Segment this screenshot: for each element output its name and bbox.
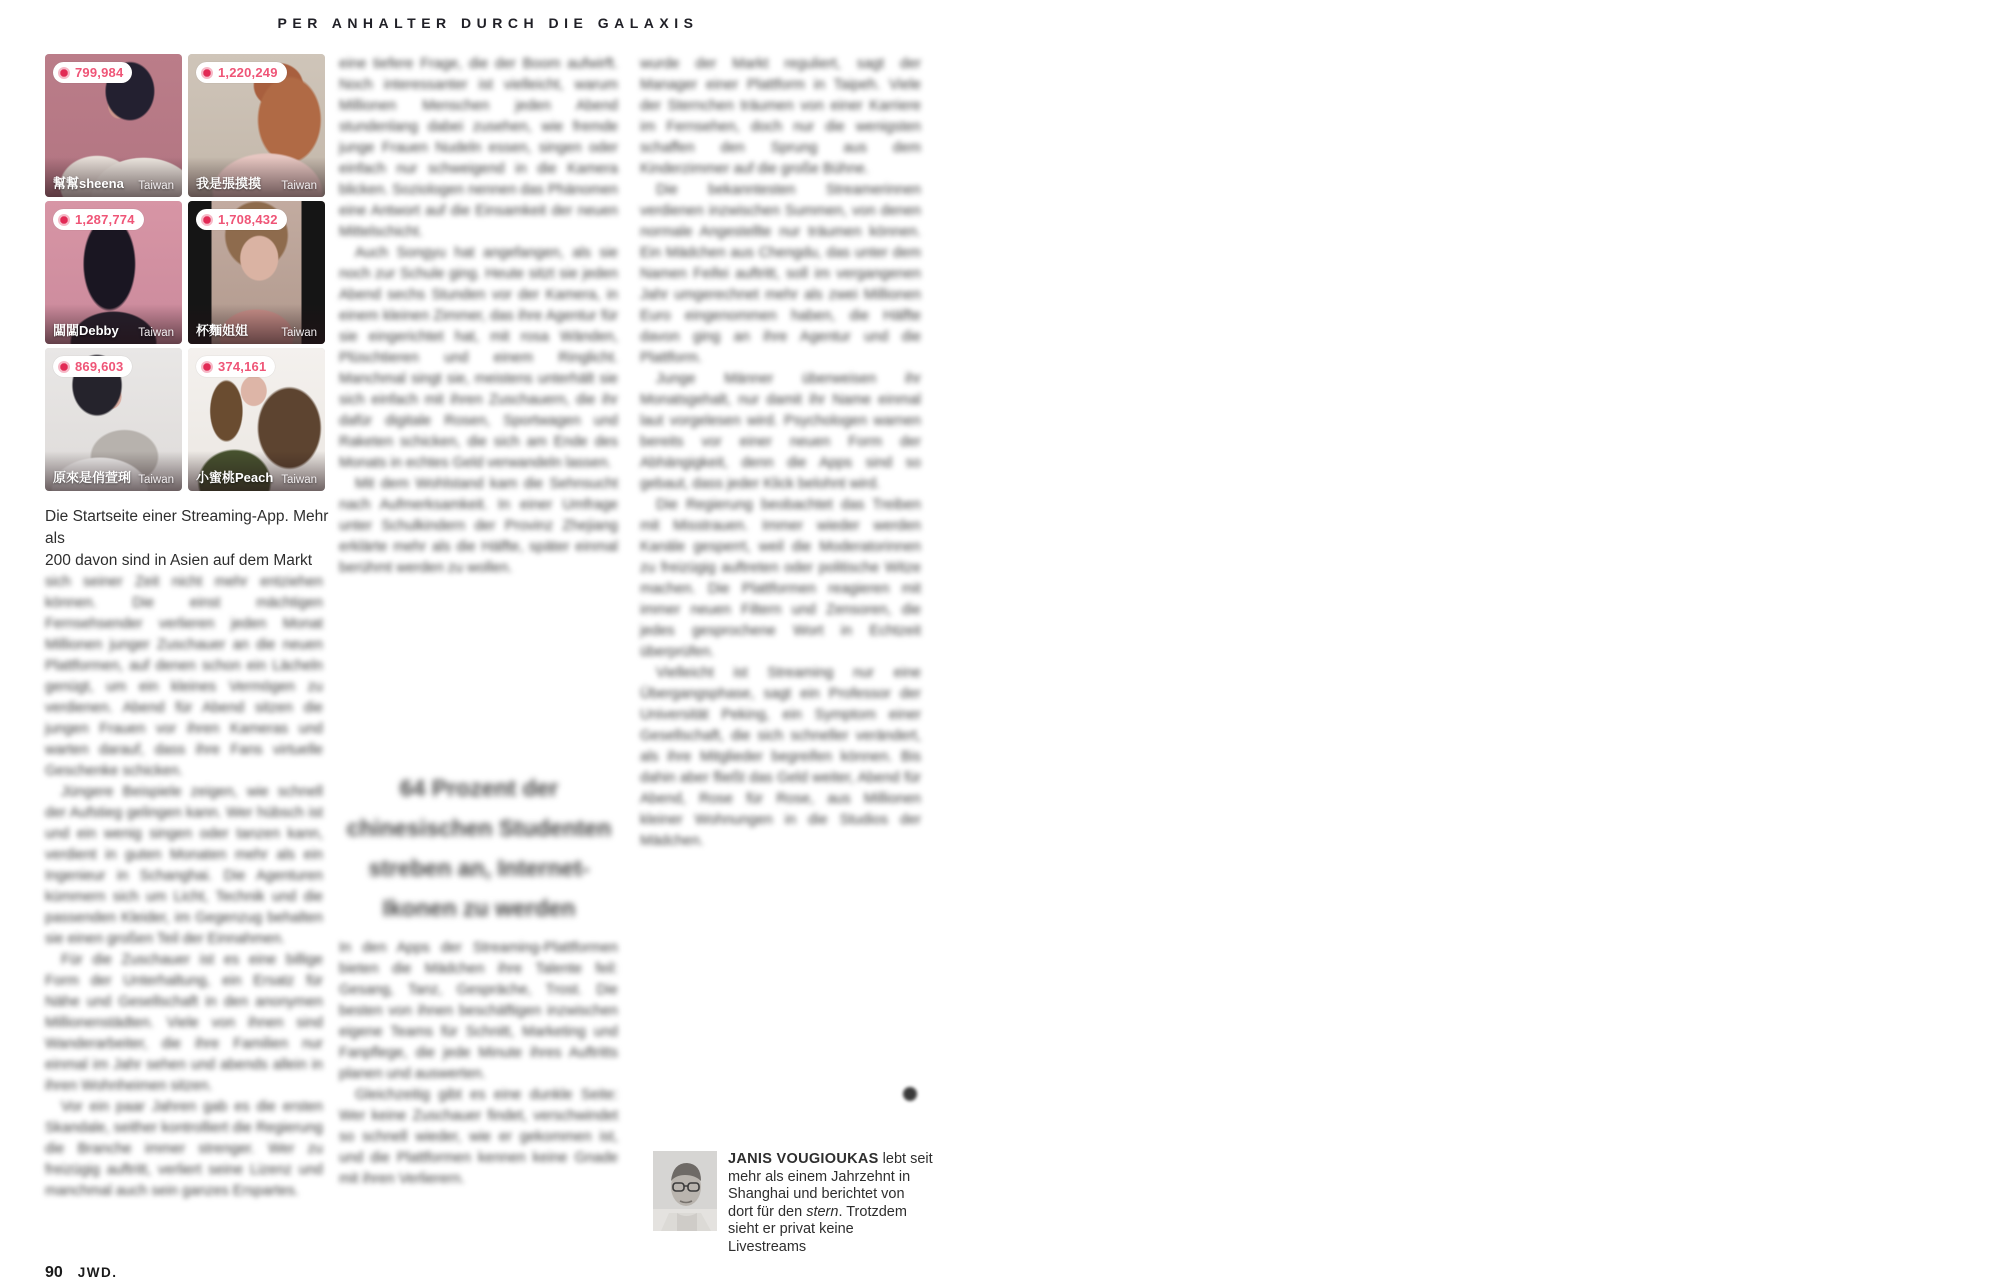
streamer-region: Taiwan	[138, 180, 174, 192]
stream-tile: 1,708,432 杯麵姐姐 Taiwan	[188, 201, 325, 344]
streamer-name: 杯麵姐姐	[196, 320, 248, 339]
body-paragraph: eine tiefere Frage, die der Boom aufwirf…	[339, 54, 618, 243]
viewer-count-badge: 869,603	[53, 356, 132, 377]
page-footer: 90 JWD.	[45, 1264, 118, 1282]
streamer-region: Taiwan	[281, 474, 317, 486]
stream-label-bar: 我是張摸摸 Taiwan	[188, 157, 325, 197]
magazine-logo: JWD.	[78, 1265, 118, 1280]
streamer-name: 幫幫sheena	[53, 173, 124, 192]
stream-tile: 1,287,774 闆闆Debby Taiwan	[45, 201, 182, 344]
viewer-count-badge: 799,984	[53, 62, 132, 83]
stream-tile: 1,220,249 我是張摸摸 Taiwan	[188, 54, 325, 197]
viewer-count: 1,708,432	[218, 212, 278, 227]
viewer-count-badge: 374,161	[196, 356, 275, 377]
stream-label-bar: 小蜜桃Peach Taiwan	[188, 451, 325, 491]
stream-tile: 374,161 小蜜桃Peach Taiwan	[188, 348, 325, 491]
magazine-page: PER ANHALTER DURCH DIE GALAXIS 799,984 幫…	[0, 0, 2000, 1285]
streamer-name: 我是張摸摸	[196, 173, 261, 192]
stream-tile: 869,603 原來是俏萱琍 Taiwan	[45, 348, 182, 491]
live-dot-icon	[201, 214, 213, 226]
author-portrait-art	[653, 1151, 717, 1231]
viewer-count: 1,287,774	[75, 212, 135, 227]
pull-quote: 64 Prozent der chinesischen Studenten st…	[334, 768, 624, 934]
body-paragraph: Auch Songyu hat angefangen, als sie noch…	[339, 243, 618, 474]
body-column-2-top: eine tiefere Frage, die der Boom aufwirf…	[339, 54, 618, 756]
streamer-name: 小蜜桃Peach	[196, 467, 273, 486]
body-paragraph: Die bekanntesten Streamerinnen verdienen…	[640, 180, 921, 369]
body-paragraph: sich seiner Zeit nicht mehr entziehen kö…	[45, 572, 323, 782]
viewer-count: 869,603	[75, 359, 123, 374]
body-paragraph: In den Apps der Streaming-Plattformen bi…	[339, 938, 618, 1085]
streaming-app-grid: 799,984 幫幫sheena Taiwan 1,220,249 我是張摸摸 …	[45, 54, 325, 491]
page-number: 90	[45, 1264, 63, 1282]
streamer-region: Taiwan	[138, 327, 174, 339]
body-paragraph: Die Regierung beobachtet das Treiben mit…	[640, 495, 921, 663]
stream-tile: 799,984 幫幫sheena Taiwan	[45, 54, 182, 197]
viewer-count-badge: 1,287,774	[53, 209, 144, 230]
body-paragraph: Vielleicht ist Streaming nur eine Überga…	[640, 663, 921, 852]
page-kicker-title: PER ANHALTER DURCH DIE GALAXIS	[45, 15, 931, 31]
streamer-region: Taiwan	[281, 180, 317, 192]
streamer-name: 闆闆Debby	[53, 320, 119, 339]
live-dot-icon	[58, 361, 70, 373]
body-paragraph: Mit dem Wohlstand kam die Sehnsucht nach…	[339, 474, 618, 579]
streamer-region: Taiwan	[281, 327, 317, 339]
body-column-3: wurde der Markt reguliert, sagt der Mana…	[640, 54, 921, 1100]
photo-caption: Die Startseite einer Streaming-App. Mehr…	[45, 506, 345, 572]
body-paragraph: wurde der Markt reguliert, sagt der Mana…	[640, 54, 921, 180]
live-dot-icon	[201, 67, 213, 79]
viewer-count: 799,984	[75, 65, 123, 80]
stream-label-bar: 闆闆Debby Taiwan	[45, 304, 182, 344]
streamer-name: 原來是俏萱琍	[53, 467, 131, 486]
stream-label-bar: 幫幫sheena Taiwan	[45, 157, 182, 197]
body-column-1: sich seiner Zeit nicht mehr entziehen kö…	[45, 572, 323, 1246]
stream-label-bar: 原來是俏萱琍 Taiwan	[45, 451, 182, 491]
body-paragraph: Für die Zuschauer ist es eine billige Fo…	[45, 950, 323, 1097]
body-column-2-bottom: In den Apps der Streaming-Plattformen bi…	[339, 938, 618, 1246]
end-of-article-dot	[903, 1087, 917, 1101]
viewer-count: 374,161	[218, 359, 266, 374]
author-name: JANIS VOUGIOUKAS	[728, 1151, 879, 1167]
live-dot-icon	[58, 67, 70, 79]
body-paragraph: Jüngere Beispiele zeigen, wie schnell de…	[45, 782, 323, 950]
viewer-count-badge: 1,708,432	[196, 209, 287, 230]
body-paragraph: Vor ein paar Jahren gab es die ersten Sk…	[45, 1097, 323, 1202]
viewer-count: 1,220,249	[218, 65, 278, 80]
streamer-region: Taiwan	[138, 474, 174, 486]
author-bio-text: JANIS VOUGIOUKAS lebt seit mehr als eine…	[728, 1151, 933, 1256]
author-bio: JANIS VOUGIOUKAS lebt seit mehr als eine…	[653, 1151, 933, 1256]
viewer-count-badge: 1,220,249	[196, 62, 287, 83]
magazine-name-italic: stern	[806, 1204, 838, 1220]
live-dot-icon	[58, 214, 70, 226]
body-paragraph: Junge Männer überweisen ihr Monatsgehalt…	[640, 369, 921, 495]
stream-label-bar: 杯麵姐姐 Taiwan	[188, 304, 325, 344]
body-paragraph: Gleichzeitig gibt es eine dunkle Seite: …	[339, 1085, 618, 1190]
author-portrait-photo	[653, 1151, 717, 1231]
live-dot-icon	[201, 361, 213, 373]
